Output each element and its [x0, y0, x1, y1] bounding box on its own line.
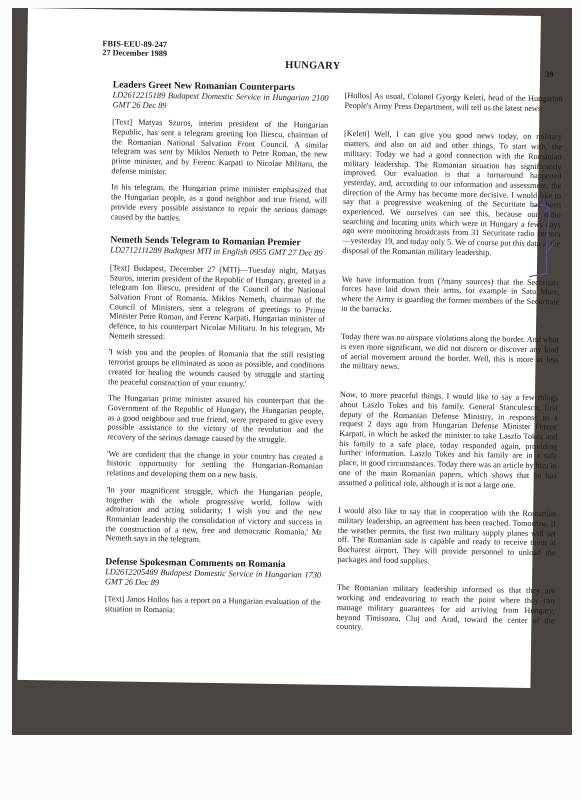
article-paragraph: Today there was no airspace violations a…: [340, 332, 559, 374]
article-paragraph: [Text] Janos Hollos has a report on a Hu…: [104, 595, 320, 618]
handwritten-bracket-mark: [529, 201, 570, 282]
article-paragraph: 'I wish you and the peoples of Romania t…: [108, 348, 325, 390]
article-paragraph: We have information from (?many sources)…: [341, 275, 560, 317]
article-paragraph: [Text] Budapest, December 27 (MTI)—Tuesd…: [109, 263, 326, 344]
article-leaders-greet: Leaders Greet New Romanian Counterparts …: [111, 79, 329, 225]
article-source: LD2712111289 Budapest MTI in English 095…: [110, 246, 326, 259]
left-column: Leaders Greet New Romanian Counterparts …: [104, 79, 328, 624]
article-paragraph: [Hollos] As usual, Colonel Gyorgy Keleti…: [344, 91, 562, 114]
article-paragraph: [Text] Matyas Szuros, interim president …: [111, 118, 328, 180]
article-paragraph: I would also like to say that in coopera…: [337, 506, 556, 568]
article-paragraph: 'We are confident that the change in you…: [107, 449, 323, 481]
doc-date: 27 December 1989: [102, 48, 167, 58]
section-title: HUNGARY: [285, 60, 340, 72]
article-paragraph: The Hungarian prime minister assured his…: [107, 394, 324, 446]
document-page: FBIS-EEU-89-247 27 December 1989 HUNGARY…: [17, 8, 540, 688]
page-number: 39: [545, 69, 554, 79]
article-source: LD2612215189 Budapest Domestic Service i…: [112, 90, 328, 113]
article-nemeth-telegram: Nemeth Sends Telegram to Romanian Premie…: [106, 235, 327, 547]
article-paragraph: Now, to more peaceful things. I would li…: [339, 390, 558, 490]
article-paragraph: 'In your magnificent struggle, which the…: [106, 485, 323, 547]
article-paragraph: In his telegram, the Hungarian prime min…: [111, 183, 328, 225]
article-paragraph: The Romanian military leadership informe…: [336, 583, 555, 635]
article-defense-spokesman: Defense Spokesman Comments on Romania LD…: [104, 556, 321, 617]
article-source: LD2612205489 Budapest Domestic Service i…: [105, 567, 321, 590]
right-column: [Hollos] As usual, Colonel Gyorgy Keleti…: [336, 91, 563, 642]
document-header-left: FBIS-EEU-89-247 27 December 1989: [102, 39, 167, 58]
